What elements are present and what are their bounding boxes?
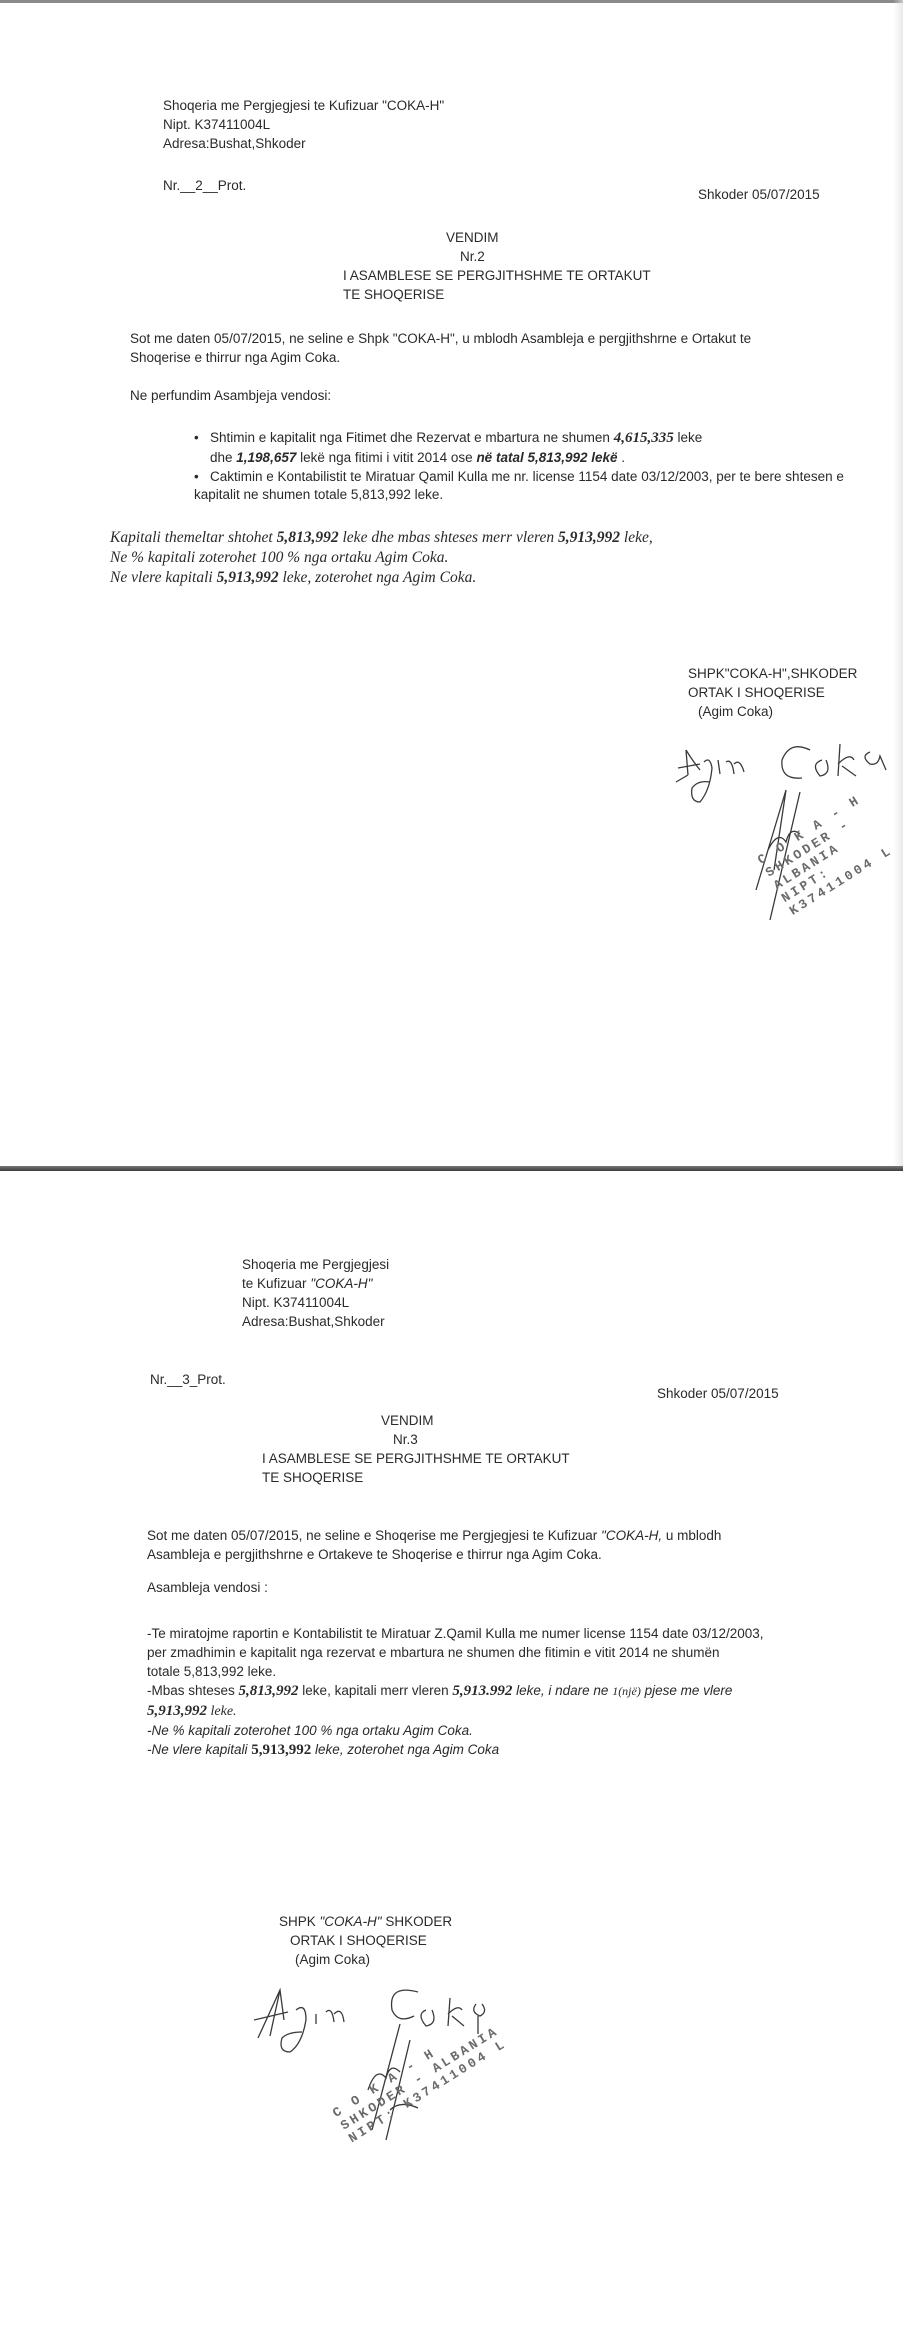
decision-number: Nr.3 [393,1432,418,1447]
signature-block: SHPK"COKA-H",SHKODER ORTAK I SHOQERISE (… [688,664,857,721]
item-4: -Ne vlere kapitali 5,913,992 leke, zoter… [147,1740,764,1760]
company-nipt: Nipt. K37411004L [242,1293,389,1312]
item-3: -Ne % kapitali zoterohet 100 % nga ortak… [147,1721,764,1740]
company-name: Shoqeria me Pergjegjesi [242,1255,389,1274]
page-divider [0,1166,903,1171]
page-top-edge [0,0,903,3]
decision-bullet-2: Caktimin e Kontabilistit te Miratuar Qam… [194,467,844,486]
decision-number: Nr.2 [460,249,485,264]
protocol-number: Nr.__2__Prot. [163,178,246,193]
document-title: VENDIM [446,230,499,245]
page-shadow [893,0,903,1166]
item-1: -Te miratojme raportin e Kontabilistit t… [147,1624,764,1643]
intro-paragraph: Sot me daten 05/07/2015, ne seline e Sho… [147,1526,721,1564]
company-address: Adresa:Bushat,Shkoder [242,1312,389,1331]
decision-bullet-1: Shtimin e kapitalit nga Fitimet dhe Reze… [194,428,702,467]
signature-block: SHPK "COKA-H" SHKODER ORTAK I SHOQERISE … [279,1912,452,1969]
intro-paragraph: Sot me daten 05/07/2015, ne seline e Shp… [130,329,751,367]
decided-label: Asambleja vendosi : [147,1580,268,1595]
heading-line-1: I ASAMBLESE SE PERGJITHSHME TE ORTAKUT [343,268,651,283]
company-name: Shoqeria me Pergjegjesi te Kufizuar "COK… [163,96,444,115]
decision-items: -Te miratojme raportin e Kontabilistit t… [147,1624,764,1760]
decision-bullet-2-cont: kapitalit ne shumen totale 5,813,992 lek… [194,487,443,502]
heading-line-2: TE SHOQERISE [262,1470,363,1485]
place-date: Shkoder 05/07/2015 [698,187,820,202]
company-header: Shoqeria me Pergjegjesi te Kufizuar "COK… [163,96,444,153]
company-nipt: Nipt. K37411004L [163,115,444,134]
company-address: Adresa:Bushat,Shkoder [163,134,444,153]
heading-line-1: I ASAMBLESE SE PERGJITHSHME TE ORTAKUT [262,1451,570,1466]
place-date: Shkoder 05/07/2015 [657,1386,779,1401]
heading-line-2: TE SHOQERISE [343,287,444,302]
document-title: VENDIM [381,1413,434,1428]
protocol-number: Nr.__3_Prot. [150,1372,226,1387]
capital-summary: Kapitali themeltar shtohet 5,813,992 lek… [110,528,653,588]
decided-label: Ne perfundim Asambjeja vendosi: [130,388,331,403]
company-header: Shoqeria me Pergjegjesi te Kufizuar "COK… [242,1255,389,1331]
item-2: -Mbas shteses 5,813,992 leke, kapitali m… [147,1681,764,1701]
